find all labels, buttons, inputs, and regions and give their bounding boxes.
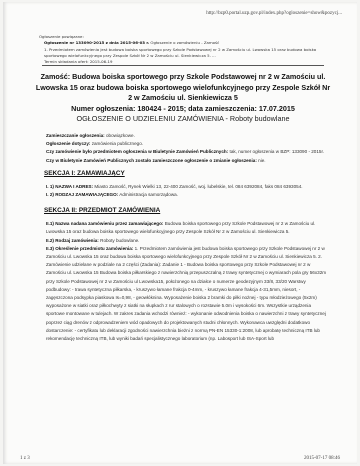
related-notice: Ogłoszenie powiązane: Ogłoszenie nr 1330… <box>39 34 329 65</box>
meta-label: Czy w Biuletynie Zamówień Publicznych zo… <box>46 158 257 163</box>
meta-value: obowiązkowe. <box>105 133 135 138</box>
meta-label: Ogłoszenie dotyczy: <box>46 141 90 146</box>
notice-number: Numer ogłoszenia: 180424 - 2015; data za… <box>33 104 333 115</box>
page-url: http://bzp0.portal.uzp.gov.pl/index.php?… <box>206 11 342 16</box>
field-label: II.1) Nazwa nadana zamówieniu przez zama… <box>46 221 163 226</box>
related-notice-number[interactable]: Ogłoszenie nr 133090-2015 z dnia 2015-06… <box>44 40 149 45</box>
field-label: II.3) Określenie przedmiotu zamówienia: <box>46 246 133 251</box>
field-value: Miasto Zamość, Rynek Wielki 13, 22-400 Z… <box>93 184 302 189</box>
meta-mandatory: Zamieszczanie ogłoszenia: obowiązkowe. <box>46 132 328 140</box>
field-value: Roboty budowlane. <box>99 238 140 243</box>
field-label: I. 2) RODZAJ ZAMAWIAJĄCEGO: <box>46 192 118 197</box>
section-heading-contracting-authority: SEKCJA I: ZAMAWIAJĄCY <box>44 169 328 178</box>
field-value: Administracja samorządowa. <box>118 192 178 197</box>
section2-contract-description: II.3) Określenie przedmiotu zamówienia: … <box>46 245 328 343</box>
section-heading-subject: SEKCJA II: PRZEDMIOT ZAMÓWIENIA <box>44 206 328 215</box>
meta-bzp-notice: Czy zamówienie było przedmiotem ogłoszen… <box>46 148 328 156</box>
meta-label: Czy zamówienie było przedmiotem ogłoszen… <box>46 149 228 154</box>
page-number: 1 z 3 <box>20 456 30 461</box>
notice-type: OGŁOSZENIE O UDZIELENIU ZAMÓWIENIA - Rob… <box>33 114 333 125</box>
related-description: 1. Przedmiotem zamówienia jest budowa bo… <box>39 47 329 60</box>
field-label: II.2) Rodzaj zamówienia: <box>46 238 99 243</box>
related-notice-type: Ogłoszenie o zamówieniu - Zamość <box>149 40 219 45</box>
field-label: I. 1) NAZWA I ADRES: <box>46 184 93 189</box>
meta-concerns: Ogłoszenie dotyczy: zamówienia publiczne… <box>46 140 328 148</box>
section2-contract-type: II.2) Rodzaj zamówienia: Roboty budowlan… <box>46 237 328 245</box>
print-datetime: 2015-07-17 08:46 <box>304 456 340 461</box>
document-page: http://bzp0.portal.uzp.gov.pl/index.php?… <box>3 2 357 464</box>
separator-line <box>42 65 324 66</box>
notice-body: Zamieszczanie ogłoszenia: obowiązkowe. O… <box>46 132 328 343</box>
meta-bzp-change: Czy w Biuletynie Zamówień Publicznych zo… <box>46 157 328 165</box>
meta-value: tak, numer ogłoszenia w BZP: 133090 - 20… <box>228 149 324 154</box>
notice-title-block: Zamość: Budowa boiska sportowego przy Sz… <box>33 72 333 125</box>
section2-contract-name: II.1) Nazwa nadana zamówieniu przez zama… <box>46 220 328 236</box>
section1-authority-type: I. 2) RODZAJ ZAMAWIAJĄCEGO: Administracj… <box>46 191 328 199</box>
section1-name-address: I. 1) NAZWA I ADRES: Miasto Zamość, Ryne… <box>46 183 328 191</box>
meta-value: nie. <box>257 158 266 163</box>
meta-label: Zamieszczanie ogłoszenia: <box>46 133 105 138</box>
meta-value: zamówienia publicznego. <box>90 141 143 146</box>
field-value: 1. Przedmiotem zamówienia jest budowa bo… <box>46 246 326 341</box>
notice-title: Zamość: Budowa boiska sportowego przy Sz… <box>33 72 333 104</box>
